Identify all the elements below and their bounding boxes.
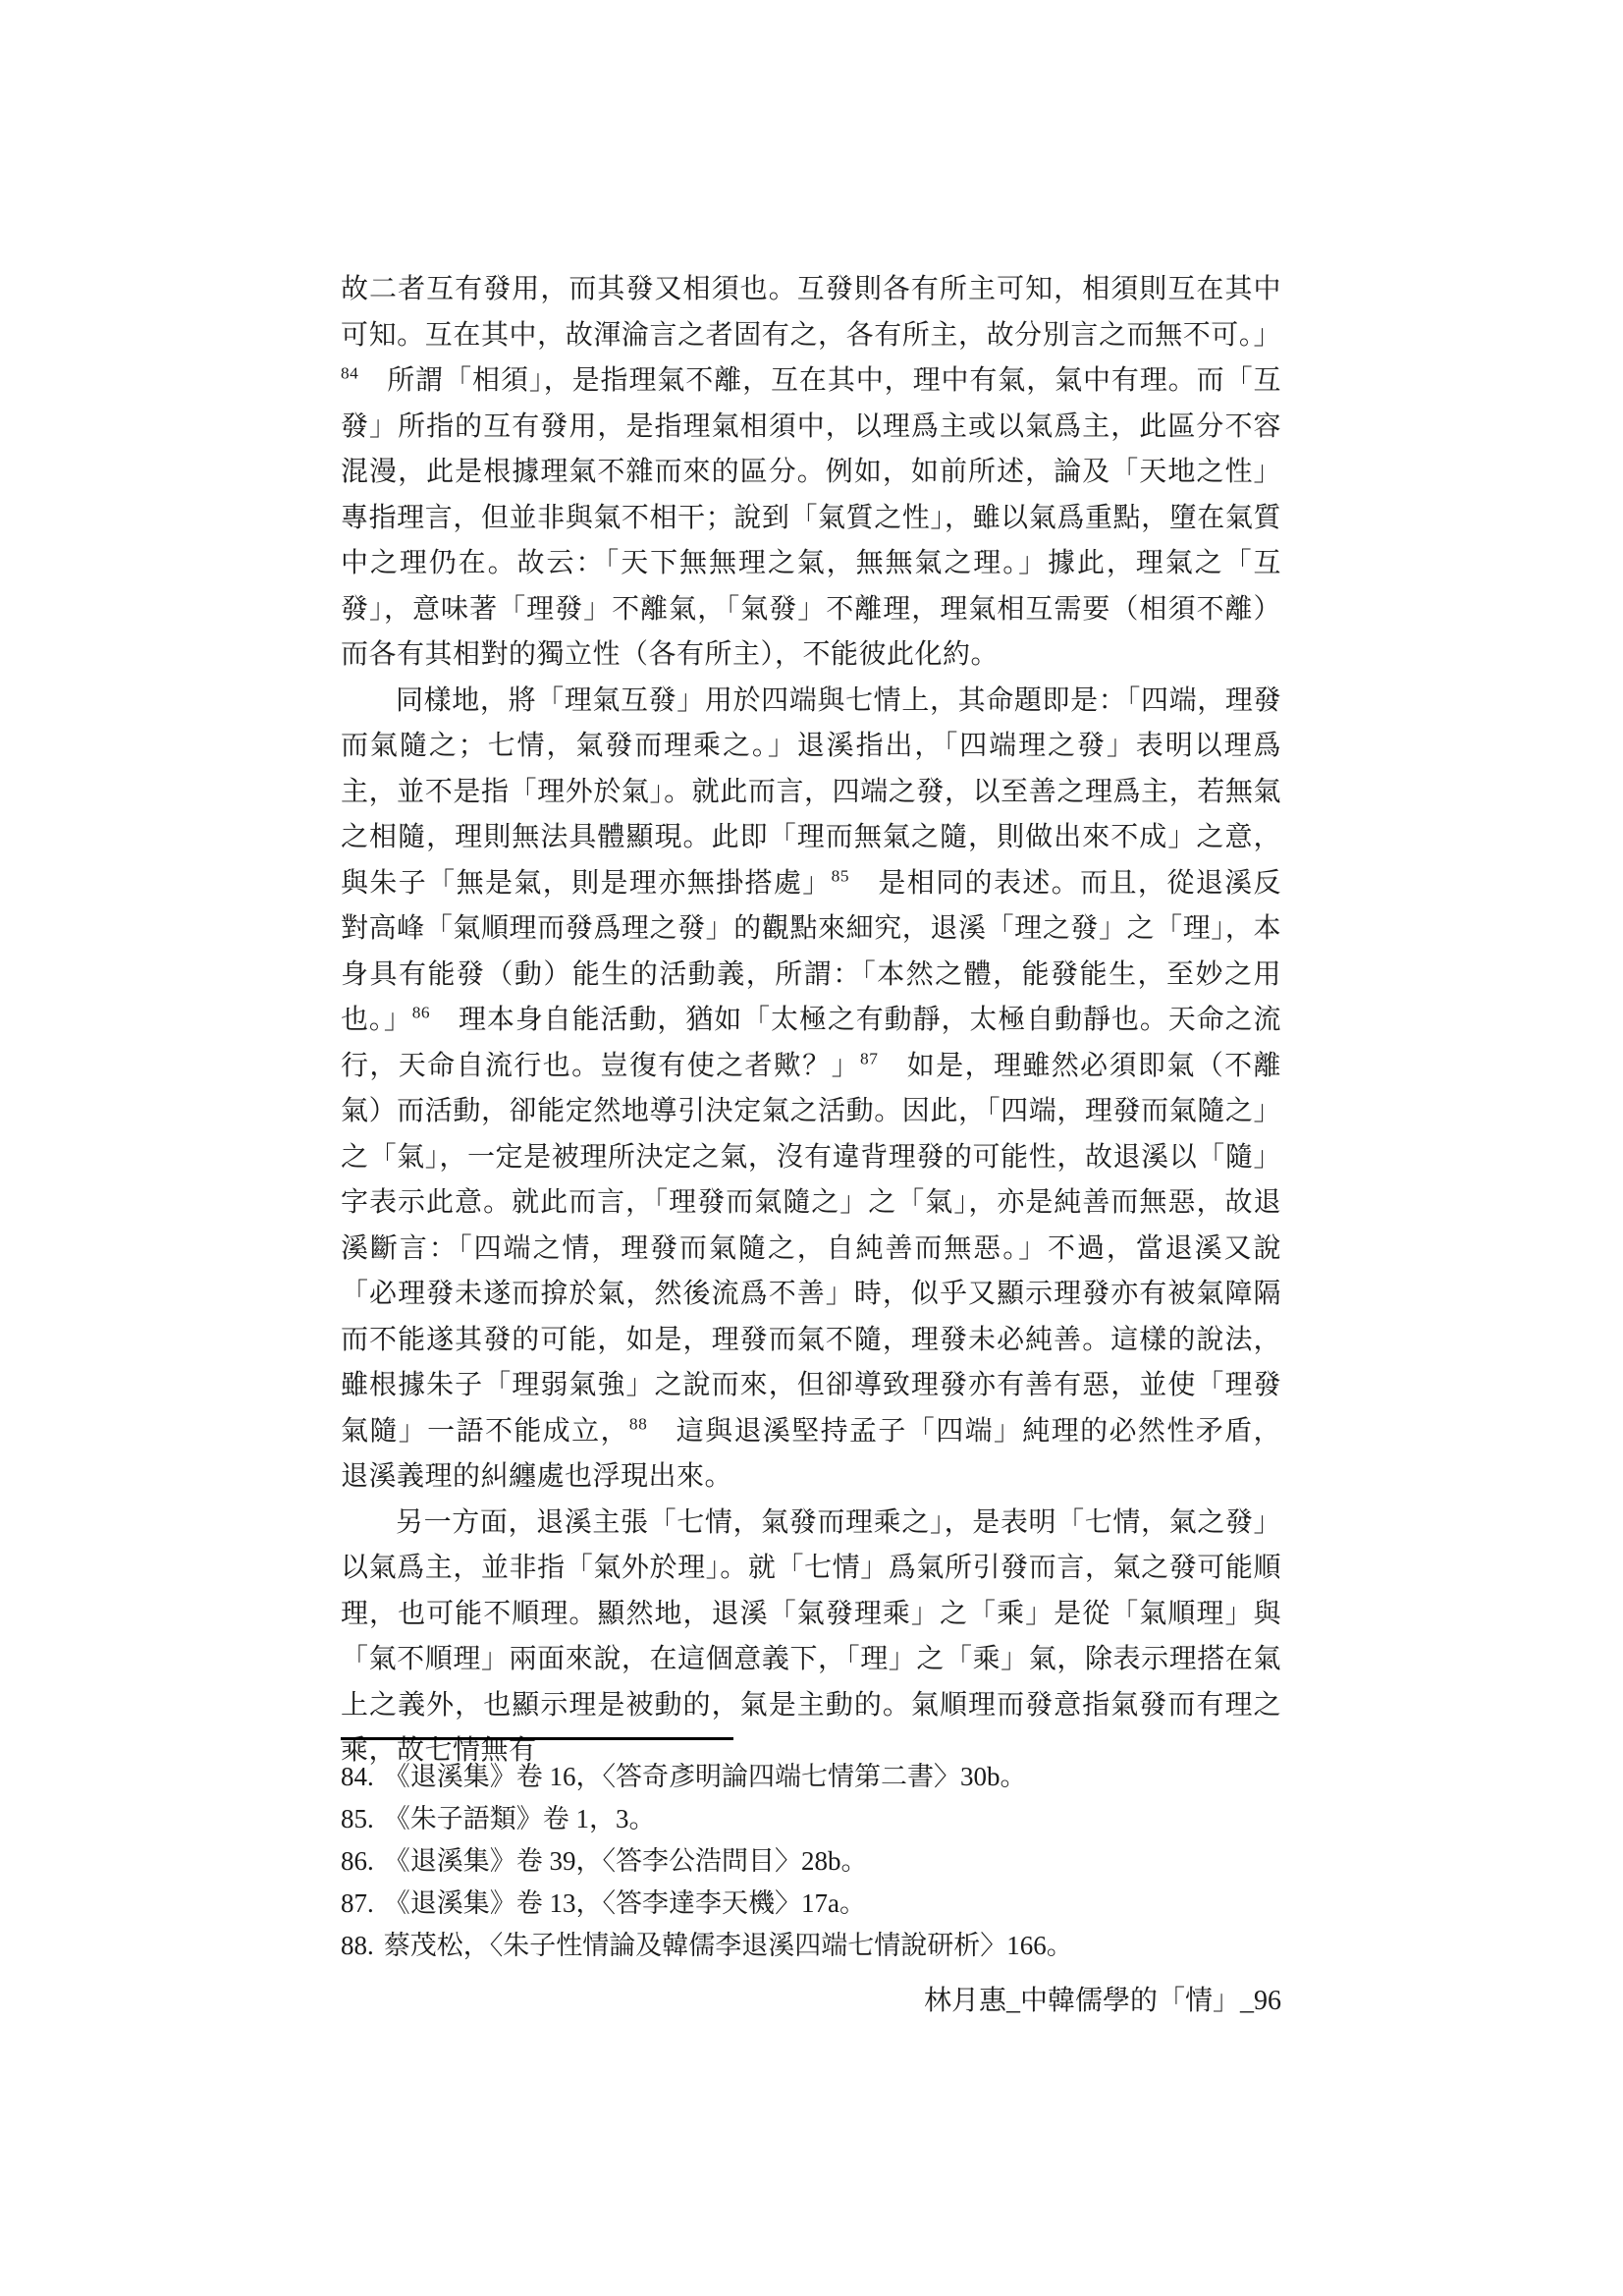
- footnote-text: 《退溪集》卷 16，〈答奇彥明論四端七情第二書〉30b。: [384, 1762, 1027, 1791]
- footnote-text: 《朱子語類》卷 1，3。: [384, 1804, 656, 1833]
- footnote: 86.《退溪集》卷 39，〈答李公浩問目〉28b。: [341, 1840, 1281, 1883]
- paragraphs-container: 故二者互有發用，而其發又相須也。互發則各有所主可知，相須則互在其中可知。互在其中…: [341, 267, 1281, 1775]
- footnote: 84.《退溪集》卷 16，〈答奇彥明論四端七情第二書〉30b。: [341, 1756, 1281, 1798]
- footnote: 88.蔡茂松，〈朱子性情論及韓儒李退溪四端七情說研析〉166。: [341, 1925, 1281, 1967]
- footnote-number: 87.: [341, 1888, 374, 1918]
- document-page: 故二者互有發用，而其發又相須也。互發則各有所主可知，相須則互在其中可知。互在其中…: [0, 0, 1623, 2296]
- footnotes-list: 84.《退溪集》卷 16，〈答奇彥明論四端七情第二書〉30b。85.《朱子語類》…: [341, 1756, 1281, 1967]
- main-text-block: 故二者互有發用，而其發又相須也。互發則各有所主可知，相須則互在其中可知。互在其中…: [341, 267, 1281, 1775]
- footnote-ref: 87: [860, 1049, 878, 1067]
- paragraph: 同樣地，將「理氣互發」用於四端與七情上，其命題即是：「四端，理發而氣隨之；七情，…: [341, 679, 1281, 1501]
- footnote: 85.《朱子語類》卷 1，3。: [341, 1798, 1281, 1840]
- footnote-text: 《退溪集》卷 39，〈答李公浩問目〉28b。: [384, 1846, 868, 1876]
- footnote-ref: 86: [412, 1004, 430, 1022]
- footnote-text: 《退溪集》卷 13，〈答李達李天機〉17a。: [384, 1888, 866, 1918]
- paragraph: 故二者互有發用，而其發又相須也。互發則各有所主可知，相須則互在其中可知。互在其中…: [341, 267, 1281, 679]
- footnote-text: 蔡茂松，〈朱子性情論及韓儒李退溪四端七情說研析〉166。: [384, 1931, 1073, 1960]
- footnote-number: 88.: [341, 1931, 374, 1960]
- footnote-number: 85.: [341, 1804, 374, 1833]
- footnote: 87.《退溪集》卷 13，〈答李達李天機〉17a。: [341, 1883, 1281, 1925]
- footnote-ref: 88: [629, 1414, 647, 1433]
- footnote-number: 84.: [341, 1762, 374, 1791]
- footnote-divider-rule: [341, 1737, 733, 1740]
- footnote-ref: 85: [832, 866, 849, 885]
- page-footer: 林月惠_中韓儒學的「情」_96: [341, 1982, 1281, 2021]
- footnote-number: 86.: [341, 1846, 374, 1876]
- paragraph: 另一方面，退溪主張「七情，氣發而理乘之」，是表明「七情，氣之發」以氣爲主，並非指…: [341, 1501, 1281, 1775]
- running-title-and-page-number: 林月惠_中韓儒學的「情」_96: [924, 1986, 1281, 2016]
- footnote-ref: 84: [341, 364, 358, 383]
